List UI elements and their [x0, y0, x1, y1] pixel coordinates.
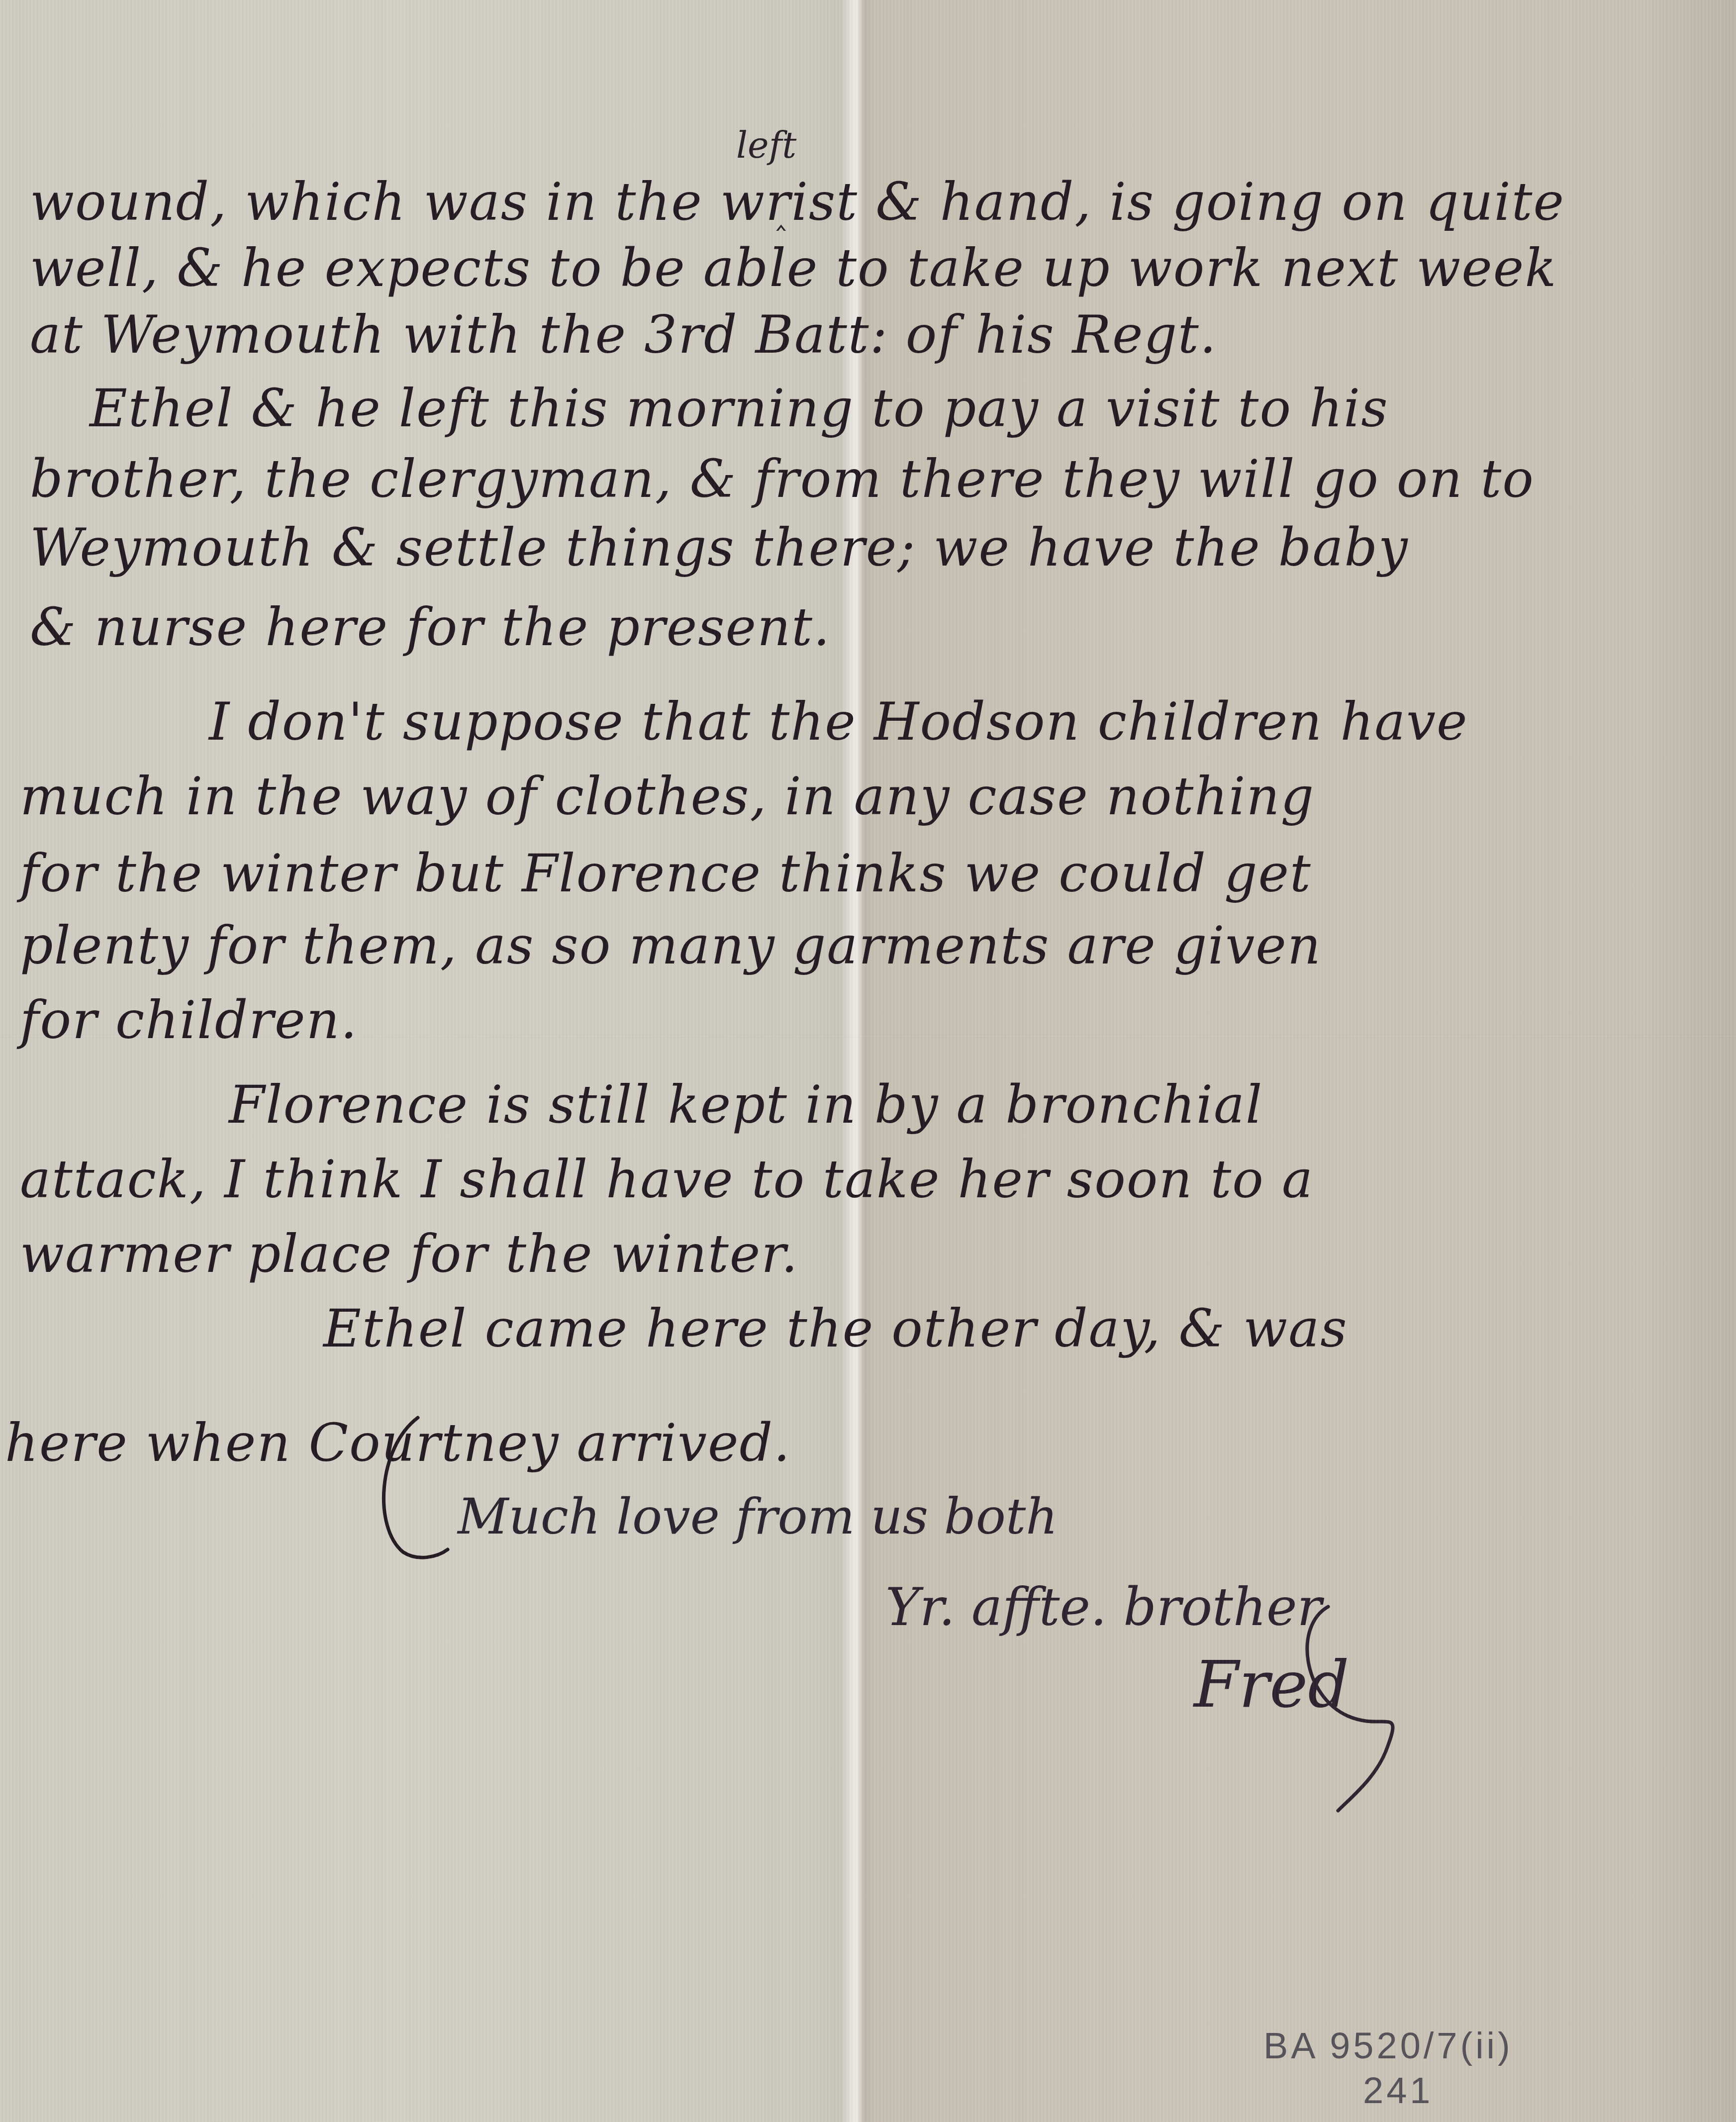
letter-line: & nurse here for the present. [30, 597, 831, 658]
letter-line: I don't suppose that the Hodson children… [209, 691, 1468, 752]
letter-line: warmer place for the winter. [20, 1224, 799, 1284]
letter-line: well, & he expects to be able to take up… [30, 238, 1557, 298]
signature-flourish-icon [1273, 1567, 1462, 1816]
letter-page: left ‸ wound, which was in the wrist & h… [0, 0, 1736, 2122]
inserted-word: left [736, 124, 796, 166]
letter-line: brother, the clergyman, & from there the… [30, 449, 1535, 509]
letter-line: Florence is still kept in by a bronchial [229, 1074, 1263, 1135]
letter-line: Ethel & he left this morning to pay a vi… [90, 378, 1389, 439]
letter-line: attack, I think I shall have to take her… [20, 1149, 1314, 1210]
closing-salutation: Much love from us both [458, 1487, 1058, 1545]
letter-line: much in the way of clothes, in any case … [20, 766, 1315, 827]
closing-valediction: Yr. affte. brother [885, 1577, 1322, 1638]
letter-line: Ethel came here the other day, & was [323, 1298, 1348, 1359]
letter-line: for the winter but Florence thinks we co… [20, 843, 1312, 904]
letter-line: at Weymouth with the 3rd Batt: of his Re… [30, 304, 1217, 365]
letter-line: wound, which was in the wrist & hand, is… [30, 172, 1671, 232]
letter-line: plenty for them, as so many garments are… [20, 915, 1322, 976]
archive-folio-number: 241 [1363, 2069, 1433, 2112]
archive-reference-code: BA 9520/7(ii) [1263, 2025, 1513, 2067]
letter-line: Weymouth & settle things there; we have … [30, 517, 1409, 578]
closing-bracket-icon [358, 1408, 468, 1567]
letter-line: for children. [20, 990, 358, 1051]
